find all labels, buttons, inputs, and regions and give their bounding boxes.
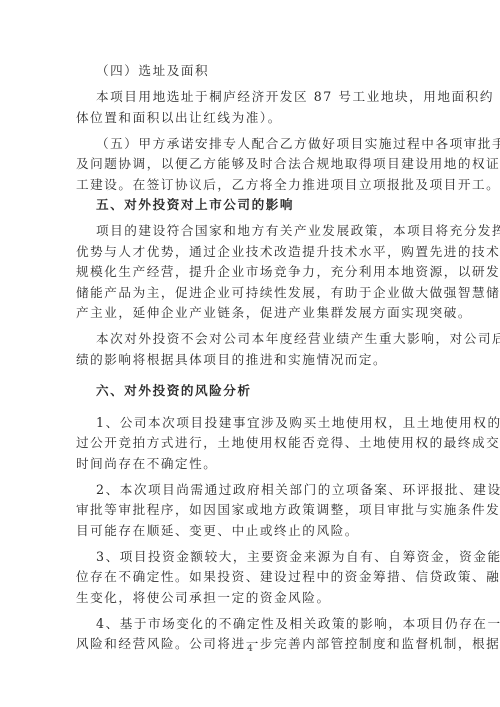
risk-item-2: 2、本次项目尚需通过政府相关部门的立项备案、环评报批、建设工程规划 审批等审批程…	[76, 480, 424, 542]
text-line: 本项目用地选址于桐庐经济开发区 87 号工业地块，用地面积约 205 亩（具	[76, 87, 424, 108]
section-5-paragraph-2: 本次对外投资不会对公司本年度经营业绩产生重大影响，对公司后期经营业 绩的影响将根…	[76, 329, 424, 370]
text-line: 规模化生产经营，提升企业市场竞争力，充分利用本地资源，以研发和生产智慧	[76, 262, 424, 283]
text-line: 储能产品为主，促进企业可持续性发展，有助于企业做大做强智慧储能产品的生	[76, 283, 424, 304]
risk-item-1: 1、公司本次项目投建事宜涉及购买土地使用权，且土地使用权的购买需通 过公开竞拍方…	[76, 413, 424, 475]
section-6-heading: 六、对外投资的风险分析	[76, 381, 424, 402]
text-line: 4、基于市场变化的不确定性及相关政策的影响，本项目仍存在一定的市场	[76, 614, 424, 635]
subsection-4-paragraph: 本项目用地选址于桐庐经济开发区 87 号工业地块，用地面积约 205 亩（具 体…	[76, 87, 424, 128]
text-line: 本次对外投资不会对公司本年度经营业绩产生重大影响，对公司后期经营业	[76, 329, 424, 350]
text-line: 项目的建设符合国家和地方有关产业发展政策，本项目将充分发挥技术领先	[76, 221, 424, 242]
document-page: （四）选址及面积 本项目用地选址于桐庐经济开发区 87 号工业地块，用地面积约 …	[0, 0, 500, 707]
page-content: （四）选址及面积 本项目用地选址于桐庐经济开发区 87 号工业地块，用地面积约 …	[76, 61, 424, 655]
risk-item-3: 3、项目投资金额较大，主要资金来源为自有、自筹资金，资金能否按期到 位存在不确定…	[76, 547, 424, 609]
text-line: 绩的影响将根据具体项目的推进和实施情况而定。	[76, 350, 424, 371]
text-line: 2、本次项目尚需通过政府相关部门的立项备案、环评报批、建设工程规划	[76, 480, 424, 501]
heading-text: 五、对外投资对上市公司的影响	[76, 195, 424, 216]
text-line: 生变化，将使公司承担一定的资金风险。	[76, 588, 424, 609]
text-line: 3、项目投资金额较大，主要资金来源为自有、自筹资金，资金能否按期到	[76, 547, 424, 568]
text-line: 及问题协调，以便乙方能够及时合法合规地取得项目建设用地的权证并按时开	[76, 154, 424, 175]
text-line: 优势与人才优势，通过企业技术改造提升技术水平，购置先进的技术装备，采用	[76, 242, 424, 263]
page-number: 4	[0, 644, 500, 654]
text-line: 审批等审批程序，如因国家或地方政策调整，项目审批与实施条件发生变化，项	[76, 500, 424, 521]
text-line: （五）甲方承诺安排专人配合乙方做好项目实施过程中各项审批手续办理	[76, 134, 424, 155]
section-5-heading: 五、对外投资对上市公司的影响	[76, 195, 424, 216]
subsection-5-paragraph: （五）甲方承诺安排专人配合乙方做好项目实施过程中各项审批手续办理 及问题协调，以…	[76, 134, 424, 196]
heading-text: 六、对外投资的风险分析	[76, 381, 424, 402]
text-line: 时间尚存在不确定性。	[76, 454, 424, 475]
text-line: 位存在不确定性。如果投资、建设过程中的资金筹措、信贷政策、融资渠道等发	[76, 567, 424, 588]
text-line: 过公开竞拍方式进行，土地使用权能否竞得、土地使用权的最终成交价格及取得	[76, 433, 424, 454]
text-line: （四）选址及面积	[76, 61, 424, 82]
text-line: 1、公司本次项目投建事宜涉及购买土地使用权，且土地使用权的购买需通	[76, 413, 424, 434]
subsection-4-title: （四）选址及面积	[76, 61, 424, 82]
text-line: 产主业，延伸企业产业链条，促进产业集群发展方面实现突破。	[76, 303, 424, 324]
text-line: 体位置和面积以出让红线为准）。	[76, 108, 424, 129]
section-5-paragraph-1: 项目的建设符合国家和地方有关产业发展政策，本项目将充分发挥技术领先 优势与人才优…	[76, 221, 424, 324]
text-line: 目可能存在顺延、变更、中止或终止的风险。	[76, 521, 424, 542]
text-line: 工建设。在签订协议后，乙方将全力推进项目立项报批及项目开工。	[76, 175, 424, 196]
